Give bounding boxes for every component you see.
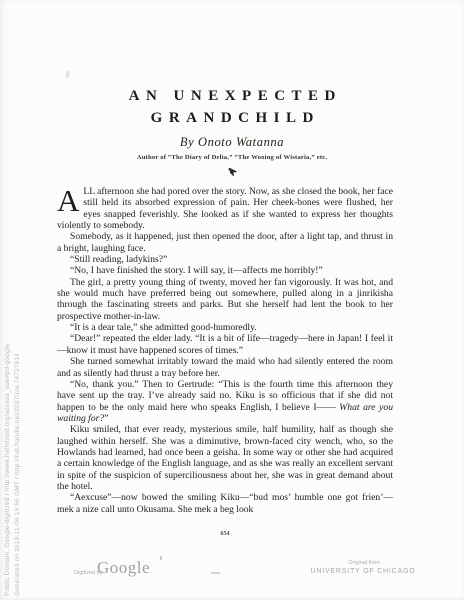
text-segment: Somebody, as it happened, just then open… [57,231,393,253]
hedera-ornament-icon [0,164,464,176]
scanned-book-page: Generated on 2019-11-06 16:56 GMT / http… [0,0,464,600]
paragraph: “Aexcuse”—now bowed the smiling Kiku—“bu… [57,492,393,515]
google-logo: Google [97,558,150,578]
folio-page-number: 654 [57,531,393,537]
scan-artifact-speck [66,71,70,78]
text-segment: ” [104,413,108,424]
text-segment: “Still reading, ladykins?” [70,254,167,265]
paragraph: The girl, a pretty young thing of twenty… [57,277,393,322]
text-segment: “Aexcuse”—now bowed the smiling Kiku—“bu… [57,492,393,514]
drop-cap: A [57,186,83,218]
text-segment: LL afternoon she had pored over the stor… [57,186,393,231]
text-segment: The girl, a pretty young thing of twenty… [57,277,393,322]
text-segment: “Dear!” repeated the elder lady. “It is … [57,333,393,355]
institution-label: UNIVERSITY OF CHICAGO [293,568,433,575]
paragraph: “Dear!” repeated the elder lady. “It is … [57,333,393,356]
paragraph: ALL afternoon she had pored over the sto… [57,186,393,231]
byline: By Onoto Watanna [0,135,464,150]
paragraph: Kiku smiled, that ever ready, mysterious… [57,424,393,492]
author-credit: Author of “The Diary of Delia,” “The Woo… [0,154,464,161]
paragraph: “No, thank you.” Then to Gertrude: “This… [57,379,393,424]
scan-artifact-smudge [211,572,220,574]
paragraph: “Still reading, ladykins?” [57,254,393,265]
text-segment: She turned somewhat irritably toward the… [57,356,393,378]
scan-generated-timestamp: Generated on 2019-11-06 16:56 GMT / http… [14,353,21,596]
paragraph: She turned somewhat irritably toward the… [57,356,393,379]
paragraph: “It is a dear tale,” she admitted good-h… [57,322,393,333]
text-segment: Kiku smiled, that ever ready, mysterious… [57,424,393,492]
paragraph: “No, I have finished the story. I will s… [57,265,393,276]
text-segment: “No, I have finished the story. I will s… [70,265,323,276]
text-segment: “It is a dear tale,” she admitted good-h… [70,322,257,333]
scan-artifact-tick [160,556,162,560]
paragraph: Somebody, as it happened, just then open… [57,231,393,254]
page-title-line2: GRANDCHILD [0,110,464,127]
scan-license-note: Public Domain, Google-digitized / http:/… [4,344,11,596]
article-body: ALL afternoon she had pored over the sto… [57,186,393,515]
page-title-line1: AN UNEXPECTED [0,88,464,105]
original-from-label: Original from [300,560,428,566]
